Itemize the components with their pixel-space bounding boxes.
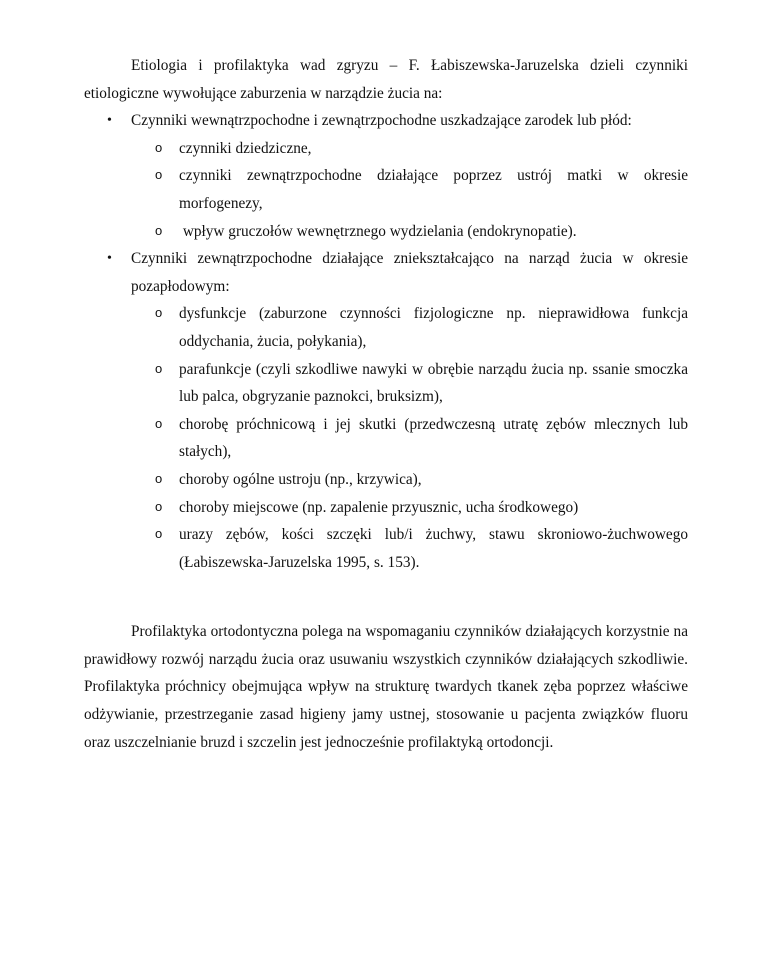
postnatal-sublist: o dysfunkcje (zaburzone czynności fizjol… <box>131 300 688 576</box>
list-item-text: Czynniki zewnątrzpochodne działające zni… <box>131 250 688 295</box>
bullet-icon: • <box>107 245 112 273</box>
sublist-item-text: czynniki zewnątrzpochodne działające pop… <box>179 167 688 212</box>
sublist-item: o choroby ogólne ustroju (np., krzywica)… <box>179 466 688 494</box>
sublist-item-text: czynniki dziedziczne, <box>179 140 312 157</box>
sublist-item: o parafunkcje (czyli szkodliwe nawyki w … <box>179 356 688 411</box>
sublist-item: o czynniki zewnątrzpochodne działające p… <box>179 162 688 217</box>
sublist-item-text: parafunkcje (czyli szkodliwe nawyki w ob… <box>179 361 688 406</box>
bullet-icon: • <box>107 107 112 135</box>
sublist-item-text: choroby miejscowe (np. zapalenie przyusz… <box>179 499 578 516</box>
circle-bullet-icon: o <box>155 161 162 189</box>
sublist-item: o czynniki dziedziczne, <box>179 135 688 163</box>
intro-paragraph: Etiologia i profilaktyka wad zgryzu – F.… <box>84 52 688 107</box>
circle-bullet-icon: o <box>155 355 162 383</box>
sublist-item-text: urazy zębów, kości szczęki lub/i żuchwy,… <box>179 526 688 571</box>
sublist-item-text: dysfunkcje (zaburzone czynności fizjolog… <box>179 305 688 350</box>
sublist-item-text: choroby ogólne ustroju (np., krzywica), <box>179 471 422 488</box>
list-item-prenatal-factors: • Czynniki wewnątrzpochodne i zewnątrzpo… <box>131 107 688 245</box>
circle-bullet-icon: o <box>155 410 162 438</box>
list-item-text: Czynniki wewnątrzpochodne i zewnątrzpoch… <box>131 112 632 129</box>
circle-bullet-icon: o <box>155 465 162 493</box>
sublist-item-text: chorobę próchnicową i jej skutki (przedw… <box>179 416 688 461</box>
sublist-item: o wpływ gruczołów wewnętrznego wydzielan… <box>179 218 688 246</box>
sublist-item: o choroby miejscowe (np. zapalenie przyu… <box>179 494 688 522</box>
conclusion-paragraph: Profilaktyka ortodontyczna polega na wsp… <box>84 618 688 756</box>
circle-bullet-icon: o <box>155 134 162 162</box>
etiology-factor-list: • Czynniki wewnątrzpochodne i zewnątrzpo… <box>84 107 688 576</box>
circle-bullet-icon: o <box>155 520 162 548</box>
circle-bullet-icon: o <box>155 299 162 327</box>
list-item-postnatal-factors: • Czynniki zewnątrzpochodne działające z… <box>131 245 688 576</box>
paragraph-spacer <box>84 576 688 618</box>
circle-bullet-icon: o <box>155 493 162 521</box>
prenatal-sublist: o czynniki dziedziczne, o czynniki zewną… <box>131 135 688 245</box>
document-page: Etiologia i profilaktyka wad zgryzu – F.… <box>84 52 688 756</box>
sublist-item-text: wpływ gruczołów wewnętrznego wydzielania… <box>179 223 577 240</box>
sublist-item: o chorobę próchnicową i jej skutki (prze… <box>179 411 688 466</box>
sublist-item: o dysfunkcje (zaburzone czynności fizjol… <box>179 300 688 355</box>
sublist-item: o urazy zębów, kości szczęki lub/i żuchw… <box>179 521 688 576</box>
circle-bullet-icon: o <box>155 217 162 245</box>
